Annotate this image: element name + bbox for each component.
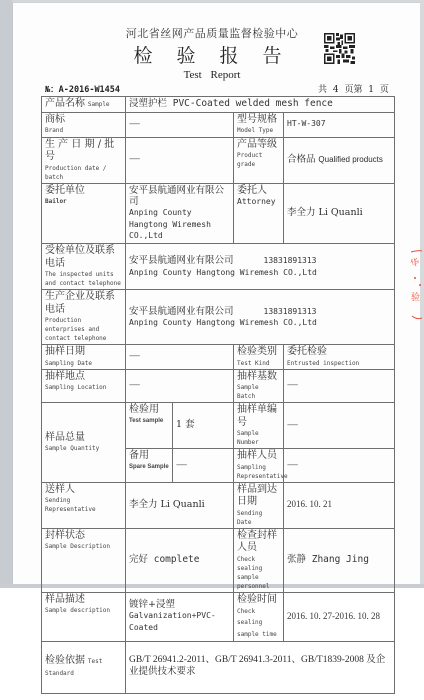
label-sending-date-cn: 样品到达日期	[237, 484, 280, 509]
value-attorney: 李全力 Li Quanli	[287, 207, 363, 218]
svg-text:验: 验	[411, 291, 420, 303]
report-table: 产品名称 Sample 浸塑护栏 PVC-Coated welded mesh …	[41, 96, 395, 694]
label-test-kind-en: Test Kind	[237, 359, 280, 368]
label-sampling-rep-en: Sampling Representative	[237, 463, 280, 481]
value-production-enterprise-phone: 13831891313	[264, 307, 317, 316]
label-check-time-cn: 检验时间	[237, 594, 277, 605]
value-sampling-date: ------	[129, 351, 139, 360]
page-info: 共 4 页第 1 页	[318, 82, 389, 95]
value-model: HT-W-307	[287, 119, 326, 128]
row-seal-status: 封样状态Sample Description 完好 complete 检查封样人…	[42, 528, 395, 592]
label-seal-checker-cn: 检查封样人员	[237, 530, 280, 555]
row-production-enterprise: 生产企业及联系电话Production enterprises and cont…	[42, 290, 395, 345]
label-test-sample-cn: 检验用	[129, 404, 169, 417]
value-sampling-rep: ------	[287, 460, 297, 469]
value-check-time: 2016. 10. 27-2016. 10. 28	[287, 611, 380, 621]
value-test-sample: 1 套	[176, 419, 195, 430]
value-sample: 浸塑护栏 PVC-Coated welded mesh fence	[129, 98, 333, 109]
value-brand: ------	[129, 119, 139, 128]
row-test-sample: 样品总量Sample Quantity 检验用Test sample 1 套 抽…	[42, 403, 395, 449]
label-bailor-en: Bailor	[45, 197, 122, 206]
label-check-time-en: Check sealing sample time	[237, 608, 277, 638]
value-production-date: ------	[129, 154, 139, 163]
label-model-cn: 型号规格	[237, 114, 280, 127]
value-inspected-unit-en: Anping County Hangtong Wiremesh CO.,Ltd	[129, 268, 391, 278]
label-seal-checker-en: Check sealing sample personnel	[237, 555, 280, 591]
label-sample-number-cn: 抽样单编号	[237, 404, 280, 429]
value-sample-number: ------	[287, 420, 297, 429]
label-production-date-en: Production date / batch	[45, 164, 122, 182]
red-seal-stamp-icon: 华 验	[409, 250, 423, 322]
report-number: №：A-2016-W1454	[45, 83, 120, 95]
label-sample-quantity-en: Sample Quantity	[45, 444, 122, 453]
label-test-standard-cn: 检验依据	[45, 655, 85, 666]
value-sampling-location: ------	[129, 380, 139, 389]
label-sampling-rep-cn: 抽样人员	[237, 450, 280, 463]
label-production-enterprise-en: Production enterprises and contact telep…	[45, 316, 122, 343]
label-spare-sample-cn: 备用	[129, 450, 169, 463]
svg-text:华: 华	[409, 256, 421, 270]
label-sample-batch-cn: 抽样基数	[237, 371, 280, 384]
label-production-enterprise-cn: 生产企业及联系电话	[45, 291, 122, 316]
label-bailor-cn: 委托单位	[45, 185, 122, 198]
value-test-kind-cn: 委托检验	[287, 346, 391, 359]
label-attorney-cn: 委托人	[237, 185, 280, 198]
label-brand-en: Brand	[45, 126, 122, 135]
row-bailor: 委托单位Bailor 安平县航通网业有限公司Anping County Hang…	[42, 183, 395, 244]
label-sample-desc-cn: 样品描述	[45, 594, 122, 607]
row-sampling-location: 抽样地点Sampling Location ------ 抽样基数Sample …	[42, 369, 395, 403]
value-grade-cn: 合格品	[287, 154, 316, 165]
label-seal-status-cn: 封样状态	[45, 530, 122, 543]
value-inspected-unit-phone: 13831891313	[264, 256, 317, 265]
label-spare-sample-en: Spare Sample	[129, 463, 169, 472]
value-sample-desc-cn: 镀锌+浸塑	[129, 599, 230, 611]
value-spare-sample: ------	[176, 460, 186, 469]
row-brand: 商标Brand ------ 型号规格Model Type HT-W-307	[42, 112, 395, 137]
value-bailor-cn: 安平县航通网业有限公司	[129, 185, 230, 209]
row-inspected-unit: 受检单位及联系电话The inspected units and contact…	[42, 244, 395, 290]
report-title-en: Test Report	[0, 69, 424, 81]
organization-name: 河北省丝网产品质量监督检验中心	[0, 25, 424, 41]
value-test-kind-en: Entrusted inspection	[287, 359, 391, 368]
value-test-standard: GB/T 26941.2-2011、GB/T 26941.3-2011、GB/T…	[129, 655, 385, 677]
value-sending-rep: 李全力 Li Quanli	[129, 499, 205, 510]
value-sample-batch: ------	[287, 380, 297, 389]
row-production-date: 生 产 日 期 / 批 号Production date / batch ---…	[42, 137, 395, 183]
label-brand-cn: 商标	[45, 114, 122, 127]
label-sample-desc-en: Sample description	[45, 606, 122, 615]
label-inspected-unit-en: The inspected units and contact telephon…	[45, 270, 122, 288]
label-sending-rep-en: Sending Representative	[45, 496, 122, 514]
label-seal-status-en: Sample Description	[45, 542, 122, 551]
label-sample-cn: 产品名称	[45, 98, 85, 109]
label-sample-en: Sample	[88, 101, 110, 108]
label-sending-rep-cn: 送样人	[45, 484, 122, 497]
value-grade-en: Qualified products	[318, 155, 382, 164]
label-grade-en: Product grade	[237, 151, 280, 169]
value-seal-status: 完好 complete	[129, 554, 199, 565]
label-sampling-location-cn: 抽样地点	[45, 371, 122, 384]
value-production-enterprise-en: Anping County Hangtong Wiremesh CO.,Ltd	[129, 318, 391, 328]
row-sample-description: 样品描述Sample description 镀锌+浸塑Galvanizatio…	[42, 592, 395, 641]
value-bailor-en: Anping County Hangtong Wiremesh CO.,Ltd	[129, 208, 211, 240]
label-model-en: Model Type	[237, 126, 280, 135]
row-test-standard: 检验依据 Test Standard GB/T 26941.2-2011、GB/…	[42, 641, 395, 693]
label-sample-batch-en: Sample Batch	[237, 383, 280, 401]
label-attorney-en: Attorney	[237, 197, 276, 206]
row-sending-rep: 送样人Sending Representative 李全力 Li Quanli …	[42, 482, 395, 528]
value-inspected-unit-cn: 安平县航通网业有限公司	[129, 255, 234, 266]
label-inspected-unit-cn: 受检单位及联系电话	[45, 245, 122, 270]
label-sampling-location-en: Sampling Location	[45, 383, 122, 392]
value-seal-checker: 张静 Zhang Jing	[287, 554, 369, 565]
value-sample-desc-en: Galvanization+PVC-Coated	[129, 611, 216, 631]
label-test-kind-cn: 检验类别	[237, 346, 280, 359]
row-sampling-date: 抽样日期Sampling Date ------ 检验类别Test Kind 委…	[42, 345, 395, 370]
scan-edge-left	[0, 0, 12, 586]
qr-code-icon	[324, 33, 355, 64]
label-sampling-date-en: Sampling Date	[45, 359, 122, 368]
label-sample-quantity-cn: 样品总量	[45, 432, 122, 445]
value-production-enterprise-cn: 安平县航通网业有限公司	[129, 306, 234, 317]
label-test-sample-en: Test sample	[129, 417, 169, 426]
label-sampling-date-cn: 抽样日期	[45, 346, 122, 359]
label-sending-date-en: Sending Date	[237, 509, 280, 527]
label-grade-cn: 产品等级	[237, 139, 280, 152]
label-sample-number-en: Sample Number	[237, 429, 280, 447]
label-production-date-cn: 生 产 日 期 / 批 号	[45, 139, 122, 164]
row-sample: 产品名称 Sample 浸塑护栏 PVC-Coated welded mesh …	[42, 97, 395, 113]
report-title-cn: 检 验 报 告	[0, 41, 424, 68]
value-sending-date: 2016. 10. 21	[287, 499, 332, 509]
